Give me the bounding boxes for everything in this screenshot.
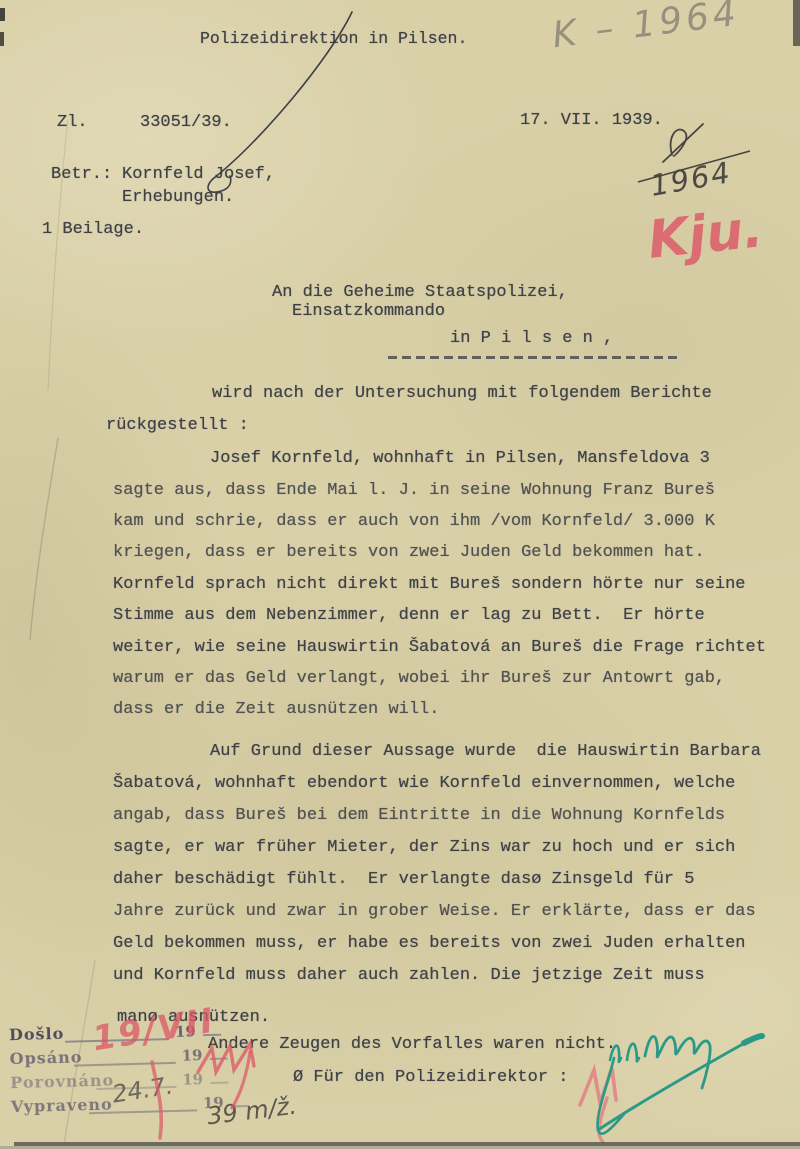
stamp-rule [210,1058,228,1060]
body-line: weiter, wie seine Hauswirtin Šabatová an… [113,639,766,658]
typed-dash-underline [388,356,680,359]
scan-edge-mark [0,32,4,46]
recipient-city: in P i l s e n , [450,330,613,349]
body-line: Stimme aus dem Nebenzimmer, denn er lag … [113,607,705,626]
pencil-scribble [663,124,703,162]
body-line: Jahre zurück und zwar in grober Weise. E… [113,903,756,922]
body-line: Kornfeld sprach nicht direkt mit Bureš s… [113,576,746,595]
body-line: warum er das Geld verlangt, wobei ihr Bu… [113,670,725,689]
subject-label: Betr.: [51,166,112,185]
letterhead-title: Polizeidirektion in Pilsen. [200,30,467,48]
scan-edge-mark [0,8,5,21]
subject-name: Kornfeld Josef, [122,166,275,185]
red-scrawl [580,1068,616,1105]
body-line: dass er die Zeit ausnützen will. [113,701,439,720]
recipient-line1: An die Geheime Staatspolizei, [272,284,568,303]
closing-line: Andere Zeugen des Vorfalles waren nicht. [208,1036,616,1055]
reference-label: Zl. [57,114,88,133]
stamp-year: 19 [182,1070,203,1089]
document-date: 17. VII. 1939. [520,112,663,131]
stamp-rule [74,1062,176,1067]
red-scrawl [599,1098,607,1142]
scan-edge-mark [793,0,800,46]
signature-scrawl [597,1036,762,1134]
body-line: und Kornfeld muss daher auch zahlen. Die… [113,967,705,986]
paper-crease [48,120,68,390]
subject-line2: Erhebungen. [122,189,234,208]
body-line: Geld bekommen muss, er habe es bereits v… [113,935,746,954]
intro-line1: wird nach der Untersuchung mit folgendem… [212,385,712,404]
pencil-archive-number: K – 1964 [550,0,742,56]
red-pencil-initials: Kju. [645,199,766,271]
pencil-registry-number: 1964 [648,155,734,203]
body-line: Šabatová, wohnhaft ebendort wie Kornfeld… [113,775,735,794]
body-line: angab, dass Bureš bei dem Eintritte in d… [113,807,725,826]
body-line: sagte, er war früher Mieter, der Zins wa… [113,839,735,858]
body-line: kam und schrie, dass er auch von ihm /vo… [113,513,715,532]
recipient-line2: Einsatzkommando [292,303,445,322]
intro-line2: rückgestellt : [106,417,249,436]
reference-number: 33051/39. [140,114,232,133]
paper-crease [30,438,58,640]
body-line: kriegen, dass er bereits von zwei Juden … [113,544,705,563]
body-line: Auf Grund dieser Aussage wurde die Hausw… [210,743,761,762]
body-line: daher beschädigt fühlt. Er verlangte das… [113,871,695,890]
document-page: Polizeidirektion in Pilsen. Zl. 33051/39… [0,0,800,1149]
stamp-row-label: Opsáno [9,1047,82,1068]
stamp-rule [210,1082,228,1084]
body-line: Josef Kornfeld, wohnhaft in Pilsen, Mans… [210,450,710,469]
stamp-year: 19 [181,1046,202,1065]
enclosure-note: 1 Beilage. [42,221,144,240]
body-line: sagte aus, dass Ende Mai l. J. in seine … [113,482,715,501]
stamp-row-label: Došlo [9,1024,65,1044]
signoff-line: Ø Für den Polizeidirektor : [293,1069,568,1088]
